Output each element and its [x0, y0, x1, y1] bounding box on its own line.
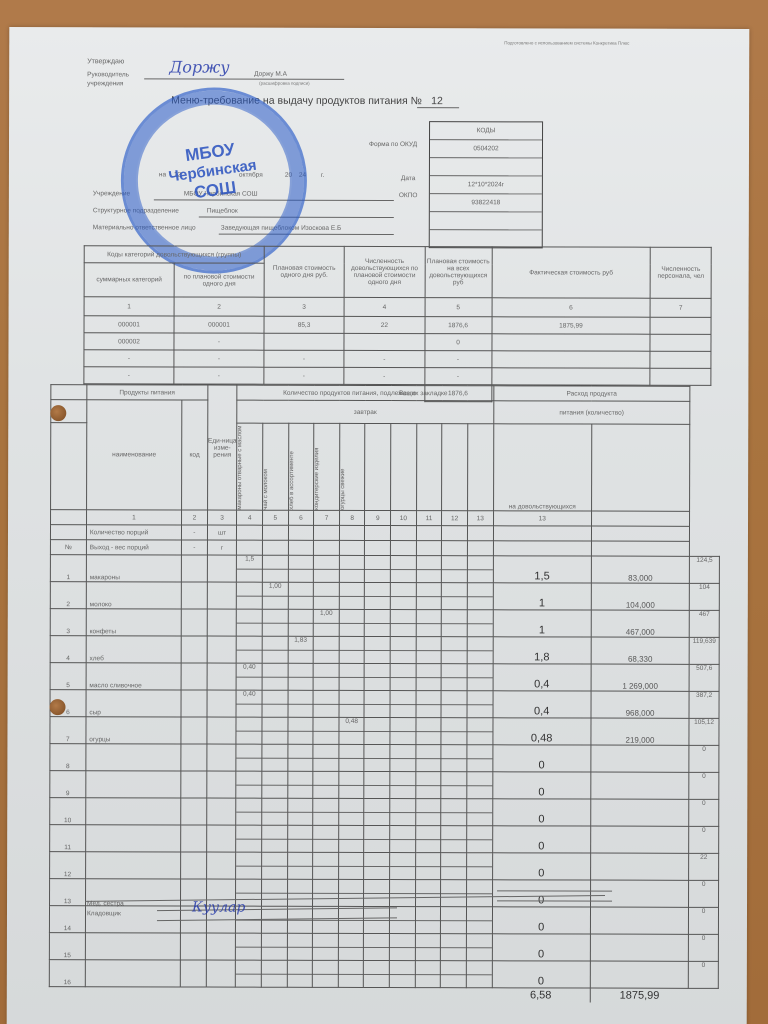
unit-price: 83,000: [591, 556, 689, 583]
dish-cell: 1,00: [262, 582, 288, 609]
t2-col-number: 12: [442, 511, 468, 526]
dish-cell: [441, 772, 467, 799]
unit-price: [591, 745, 689, 772]
row-sum: 0: [689, 907, 719, 934]
expense-qty: 0: [492, 961, 590, 988]
dish-cell: [416, 583, 442, 610]
dish-cell: [389, 961, 415, 988]
dish-cell: [390, 907, 416, 934]
t2-col-number: 6: [288, 510, 314, 525]
dish-cell: [390, 799, 416, 826]
dish-cell: [237, 636, 263, 663]
t2-product-row: 4хлеб1,831,868,330119,639: [50, 636, 719, 665]
total-sum: 1875,99: [590, 988, 688, 1003]
dish-cell: [415, 961, 441, 988]
t1-cell: 000002: [84, 333, 174, 350]
row-sum: 0: [689, 934, 719, 961]
row-number: 3: [50, 609, 86, 636]
dish-cell: [467, 745, 493, 772]
dish-cell: [365, 663, 391, 690]
dish-cell: 1,83: [288, 636, 314, 663]
unit-price: 467,000: [591, 610, 689, 637]
expense-qty: 1: [493, 610, 591, 637]
t1-group-header: Коды категорий довольствующихся (группы): [84, 246, 264, 263]
unit-price: [590, 961, 688, 988]
expense-qty: 0: [492, 907, 590, 934]
row-sum: 104: [689, 583, 719, 610]
t2-product-row: 3конфеты1,001467,000467: [50, 609, 719, 638]
dish-cell: [338, 879, 364, 906]
row-number: 13: [50, 879, 86, 906]
product-name: [85, 933, 180, 960]
t1-cell: 0: [425, 334, 492, 351]
t1-col-number: 2: [174, 297, 264, 316]
dish-cell: [442, 583, 468, 610]
row-number: 11: [50, 825, 86, 852]
dish-cell: [467, 718, 493, 745]
row-sum: 387,2: [689, 691, 719, 718]
unit-price: [590, 853, 688, 880]
t2-product-row: 1300: [50, 879, 719, 908]
row-number: 14: [49, 906, 85, 933]
row-number: 1: [50, 555, 86, 582]
dish-cell: [314, 582, 340, 609]
dish-cell: [441, 907, 467, 934]
expense-qty: 0: [492, 880, 590, 907]
t1-col-number: 4: [344, 297, 425, 316]
row-sum: 0: [689, 772, 719, 799]
t1-header-5: Плановая стоимость на всех довольствующи…: [425, 247, 492, 298]
dish-cell: [415, 772, 441, 799]
dish-cell: [237, 609, 263, 636]
top-note: Подготовлено с использованием системы Ко…: [504, 40, 629, 45]
row-sum: 467: [689, 610, 719, 637]
unit-price: [591, 799, 689, 826]
product-name: [85, 825, 180, 852]
dish-cell: [287, 933, 313, 960]
dish-cell: [339, 609, 365, 636]
unit-price: [591, 772, 689, 799]
dish-cell: [467, 664, 493, 691]
okud-value: 0504202: [430, 140, 542, 158]
punch-hole-bottom: [50, 699, 66, 715]
dish-cell: [441, 718, 467, 745]
dish-cell: [262, 555, 288, 582]
expense-qty: 0,48: [492, 718, 590, 745]
t2-col-number: 7: [314, 510, 340, 525]
dish-cell: [339, 636, 365, 663]
dish-cell: [365, 555, 391, 582]
row-sum: 105,12: [689, 718, 719, 745]
dish-cell: [466, 907, 492, 934]
t2-expense-header-2: питания (количество): [493, 401, 690, 425]
head-name: Доржу М.А: [254, 71, 287, 78]
t2-unit: г: [207, 540, 237, 555]
expense-qty: 0: [492, 853, 590, 880]
row-number: 5: [50, 663, 86, 690]
t1-cell: -: [84, 367, 174, 384]
codes-box: КОДЫ 0504202 12*10*2024г 93822418: [429, 121, 543, 248]
dish-cell: [236, 960, 262, 987]
storekeeper-signature: Куулар: [192, 900, 245, 916]
dish-cell: [466, 853, 492, 880]
dish-cell: [415, 853, 441, 880]
dish-cell: [390, 691, 416, 718]
dish-cell: [364, 825, 390, 852]
product-name: молоко: [86, 582, 181, 609]
dish-cell: [364, 771, 390, 798]
t2-col-number: 5: [263, 510, 289, 525]
t1-cell: 1876,6: [425, 317, 492, 334]
dish-cell: [287, 906, 313, 933]
okud-label: Форма по ОКУД: [369, 141, 417, 148]
t2-unit: шт: [207, 525, 237, 540]
dish-cell: [287, 825, 313, 852]
t2-col-number: 3: [207, 510, 237, 525]
t1-col-number: 3: [264, 297, 344, 316]
dish-cell: [313, 663, 339, 690]
dish-cell: [338, 906, 364, 933]
dish-cell: [339, 555, 365, 582]
dish-cell: [390, 637, 416, 664]
dish-cell: [467, 556, 493, 583]
t2-corner: [51, 385, 87, 400]
row-sum: 0: [688, 961, 718, 988]
dish-cell: [287, 879, 313, 906]
t2-expense-sub: на довольствующихся: [493, 424, 592, 511]
unit-price: 1 269,000: [591, 664, 689, 691]
expense-qty: 0: [492, 772, 590, 799]
dish-cell: [441, 880, 467, 907]
dish-cell: [262, 771, 288, 798]
dish-cell: [338, 933, 364, 960]
t1-cell: [650, 334, 711, 351]
t2-product-row: 5масло сливочное0,400,41 269,000507,6: [50, 663, 719, 692]
nurse-label: Мед. сестра: [87, 900, 124, 907]
t1-row: -----: [84, 350, 711, 369]
t2-dish-header: [416, 424, 442, 511]
dish-name: огурцы свежие: [340, 424, 346, 510]
dish-cell: [313, 906, 339, 933]
dish-cell: [339, 582, 365, 609]
dish-cell: [287, 960, 313, 987]
row-sum: 22: [689, 853, 719, 880]
t2-num-label: №: [50, 540, 86, 555]
expense-qty: 1,8: [493, 637, 591, 664]
t1-row: 000002-0: [84, 333, 711, 352]
dish-cell: [288, 609, 314, 636]
dish-cell: [339, 744, 365, 771]
t2-product-row: 900: [50, 771, 719, 800]
dish-cell: [441, 637, 467, 664]
dish-cell: [364, 717, 390, 744]
t1-header-6: Фактическая стоимость руб: [492, 247, 651, 298]
t1-cell: 000001: [174, 316, 264, 333]
t1-col-number: 1: [84, 297, 174, 316]
t2-col-number: 4: [237, 510, 263, 525]
row-number: 8: [50, 744, 86, 771]
product-name: макароны: [86, 555, 181, 582]
dish-cell: [390, 718, 416, 745]
t1-cell: -: [174, 367, 264, 384]
dish-cell: [364, 852, 390, 879]
dish-cell: [236, 933, 262, 960]
row-number: 10: [50, 798, 86, 825]
dish-cell: [416, 556, 442, 583]
dish-cell: [441, 826, 467, 853]
dish-cell: [313, 960, 339, 987]
dish-cell: [416, 664, 442, 691]
unit-price: [590, 907, 688, 934]
dish-cell: [442, 556, 468, 583]
unit-price: 219,000: [591, 718, 689, 745]
dish-name: макароны отварные с маслом: [237, 424, 243, 510]
t2-product-row: 1100: [50, 825, 719, 854]
dish-cell: [288, 717, 314, 744]
expense-qty: 0,4: [493, 664, 591, 691]
expense-qty: 1,5: [493, 556, 591, 583]
product-name: сыр: [86, 690, 181, 717]
dish-cell: [313, 690, 339, 717]
t1-col-number: 6: [492, 298, 651, 317]
dish-cell: [339, 690, 365, 717]
t1-cell: 85,3: [264, 316, 344, 333]
dish-cell: [262, 690, 288, 717]
dish-cell: [466, 880, 492, 907]
head-label-2: учреждения: [87, 80, 123, 87]
dish-cell: [313, 771, 339, 798]
t1-cell: 1875,99: [492, 317, 651, 334]
t1-header-4: Численность довольствующихся по плановой…: [344, 246, 425, 297]
t1-cell: [344, 333, 425, 350]
dish-cell: [262, 852, 288, 879]
t2-col-number: 13: [493, 511, 591, 526]
dish-cell: [466, 934, 492, 961]
total-qty: 6,58: [492, 988, 590, 1003]
dish-cell: [314, 555, 340, 582]
dish-cell: [364, 879, 390, 906]
t1-cell: -: [264, 350, 344, 367]
product-name: огурцы: [86, 717, 181, 744]
product-name: [86, 744, 181, 771]
row-number: 16: [49, 960, 85, 987]
row-sum: 0: [689, 745, 719, 772]
t1-cell: [650, 317, 711, 334]
dish-cell: [441, 664, 467, 691]
row-number: 2: [50, 582, 86, 609]
t2-col-number: 10: [391, 511, 417, 526]
dish-cell: [288, 663, 314, 690]
dish-cell: [313, 798, 339, 825]
t2-portions_label: Количество порций: [86, 525, 181, 540]
expense-sub-label: на довольствующихся: [494, 503, 591, 510]
t2-col-number: 11: [416, 511, 442, 526]
dish-cell: [339, 663, 365, 690]
dish-cell: [390, 556, 416, 583]
t2-code-header: код: [182, 400, 208, 510]
dish-cell: [441, 691, 467, 718]
unit-price: [591, 826, 689, 853]
t1-cell: -: [264, 367, 344, 384]
dish-cell: [236, 852, 262, 879]
dish-cell: [313, 879, 339, 906]
t2-product-row: 2молоко1,001104,000104: [50, 582, 719, 611]
t2-product-row: 1000: [50, 798, 719, 827]
dish-cell: [313, 744, 339, 771]
row-number: 9: [50, 771, 86, 798]
dish-cell: [287, 771, 313, 798]
dish-cell: [467, 691, 493, 718]
head-label-1: Руководитель: [87, 71, 129, 78]
head-signature: Доржу: [169, 57, 229, 76]
dish-cell: [364, 690, 390, 717]
dish-cell: [416, 637, 442, 664]
t2-dish-header: макароны отварные с маслом: [237, 423, 263, 510]
t2-product-row: 6сыр0,400,4968,000387,2: [50, 690, 719, 719]
t1-cell: -: [174, 350, 264, 367]
dish-cell: [364, 960, 390, 987]
dish-cell: [288, 582, 314, 609]
dish-cell: [390, 772, 416, 799]
expense-qty: 0: [492, 934, 590, 961]
unit-price: [590, 934, 688, 961]
dish-cell: [262, 879, 288, 906]
t2-col-number: 9: [365, 510, 391, 525]
t2-product-row: 1400: [49, 906, 718, 935]
date-label: Дата: [401, 175, 415, 182]
dish-cell: [364, 798, 390, 825]
t1-row: -----: [84, 367, 711, 386]
row-sum: 0: [689, 826, 719, 853]
t2-dish-header: [365, 423, 391, 510]
t2-yield_label: Выход - вес порций: [86, 540, 181, 555]
t2-col-number: 13: [467, 511, 493, 526]
dish-cell: [390, 826, 416, 853]
row-number: 4: [50, 636, 86, 663]
dish-cell: [390, 745, 416, 772]
okpo-label: ОКПО: [399, 192, 418, 199]
row-sum: 0: [689, 880, 719, 907]
dish-cell: [261, 933, 287, 960]
dish-cell: [416, 745, 442, 772]
dish-cell: [390, 664, 416, 691]
dish-cell: [441, 934, 467, 961]
dish-cell: [467, 826, 493, 853]
dish-cell: 1,00: [313, 609, 339, 636]
dish-cell: [364, 933, 390, 960]
unit-price: 104,000: [591, 583, 689, 610]
t1-header-1: суммарных категорий: [84, 263, 174, 297]
dish-cell: [415, 799, 441, 826]
t1-cell: [650, 368, 711, 385]
punch-hole-top: [50, 405, 66, 421]
t1-cell: [491, 351, 650, 368]
t2-dish-header: кондитерские изделия: [314, 423, 340, 510]
dish-cell: [262, 636, 288, 663]
dish-cell: [236, 798, 262, 825]
dish-cell: [313, 717, 339, 744]
dish-cell: 1,5: [237, 555, 263, 582]
t1-cell: -: [344, 367, 425, 384]
t2-col-number: 8: [339, 510, 365, 525]
cost-summary-table: Коды категорий довольствующихся (группы)…: [83, 245, 711, 403]
expense-qty: 0,4: [493, 691, 591, 718]
t1-cell: -: [174, 333, 264, 350]
dish-cell: 0,40: [236, 663, 262, 690]
t1-col-number: 5: [425, 298, 492, 317]
storekeeper-label: Кладовщик: [87, 910, 121, 917]
dish-cell: 0,40: [236, 690, 262, 717]
product-name: [86, 771, 181, 798]
dish-cell: [313, 852, 339, 879]
codes-header: КОДЫ: [430, 122, 542, 140]
dish-cell: [236, 744, 262, 771]
dish-cell: [415, 934, 441, 961]
dish-cell: [262, 663, 288, 690]
t2-code: -: [182, 525, 208, 540]
dish-cell: [466, 961, 492, 988]
t1-col-number: 7: [650, 298, 711, 317]
dish-cell: [338, 960, 364, 987]
dish-cell: [237, 582, 263, 609]
dish-cell: [467, 772, 493, 799]
dish-cell: [288, 744, 314, 771]
t2-product-row: 12022: [50, 852, 719, 881]
dish-cell: 0,48: [339, 717, 365, 744]
row-sum: 507,6: [689, 664, 719, 691]
date-year-suffix: г.: [321, 172, 324, 179]
signature-caption: (расшифровка подписи): [259, 81, 309, 86]
dish-cell: [287, 852, 313, 879]
dish-cell: [288, 555, 314, 582]
t1-header-2: по плановой стоимости одного дня: [174, 263, 264, 297]
dish-cell: [441, 745, 467, 772]
dish-cell: [262, 798, 288, 825]
t1-cell: -: [84, 350, 174, 367]
dish-cell: [415, 907, 441, 934]
t1-header-7: Численность персонала, чел: [650, 247, 711, 298]
product-name: хлеб: [86, 636, 181, 663]
dish-cell: [390, 853, 416, 880]
t2-product-row: 1600: [49, 960, 718, 989]
dish-cell: [390, 610, 416, 637]
t2-dish-header: чай с молоком: [263, 423, 289, 510]
dish-cell: [467, 799, 493, 826]
dish-cell: [365, 609, 391, 636]
product-name: [85, 852, 180, 879]
dish-cell: [416, 718, 442, 745]
dish-cell: [415, 826, 441, 853]
dish-cell: [390, 583, 416, 610]
dish-cell: [364, 744, 390, 771]
t2-unit-header: Еди-ница изме-рения: [207, 385, 237, 510]
dish-cell: [313, 636, 339, 663]
product-name: конфеты: [86, 609, 181, 636]
approve-label: Утверждаю: [87, 58, 124, 65]
t1-cell: [264, 333, 344, 350]
dish-cell: [313, 933, 339, 960]
product-name: [86, 798, 181, 825]
t2-code: -: [182, 540, 208, 555]
t1-cell: 22: [344, 316, 425, 333]
dish-cell: [262, 717, 288, 744]
t2-name-header: наименование: [86, 400, 182, 510]
t1-cell: [650, 351, 711, 368]
product-name: [85, 960, 180, 987]
t2-meal: завтрак: [237, 400, 493, 424]
t1-cell: -: [344, 350, 425, 367]
t2-dish-header: огурцы свежие: [339, 423, 365, 510]
